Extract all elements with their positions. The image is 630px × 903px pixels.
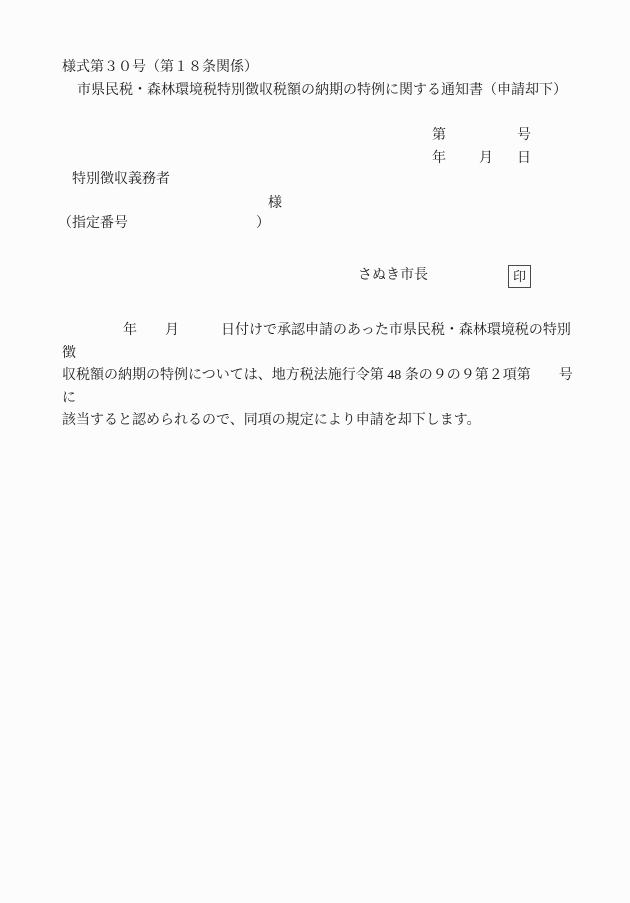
seal-box: 印 [508, 265, 531, 288]
body-line-3: 該当すると認められるので、同項の規定により申請を却下します。 [62, 410, 576, 433]
seal-placeholder-icon: 印 [513, 270, 526, 283]
date-month-label: 月 [479, 151, 493, 168]
addressee-label: 特別徴収義務者 [72, 172, 170, 189]
body-paragraph: 年 月 日付けで承認申請のあった市県民税・森林環境税の特別徴 収税額の納期の特例… [62, 320, 576, 433]
document-title: 市県民税・森林環境税特別徴収税額の納期の特例に関する通知書（申請却下） [77, 83, 567, 100]
body-line-1: 年 月 日付けで承認申請のあった市県民税・森林環境税の特別徴 [62, 320, 576, 365]
form-number: 様式第３０号（第１８条関係） [62, 60, 258, 77]
designation-number-close: ） [256, 216, 270, 233]
body-line-2: 収税額の納期の特例については、地方税法施行令第 48 条の９の９第２項第 号に [62, 365, 576, 410]
addressee-honorific: 様 [268, 196, 282, 213]
date-day-label: 日 [517, 151, 531, 168]
issuer-name: さぬき市長 [358, 268, 428, 285]
reference-number-suffix: 号 [517, 128, 531, 145]
reference-number-prefix: 第 [432, 128, 446, 145]
notice-document-page: 様式第３０号（第１８条関係） 市県民税・森林環境税特別徴収税額の納期の特例に関す… [0, 0, 630, 903]
designation-number-open: （指定番号 [58, 216, 128, 233]
date-year-label: 年 [432, 151, 446, 168]
